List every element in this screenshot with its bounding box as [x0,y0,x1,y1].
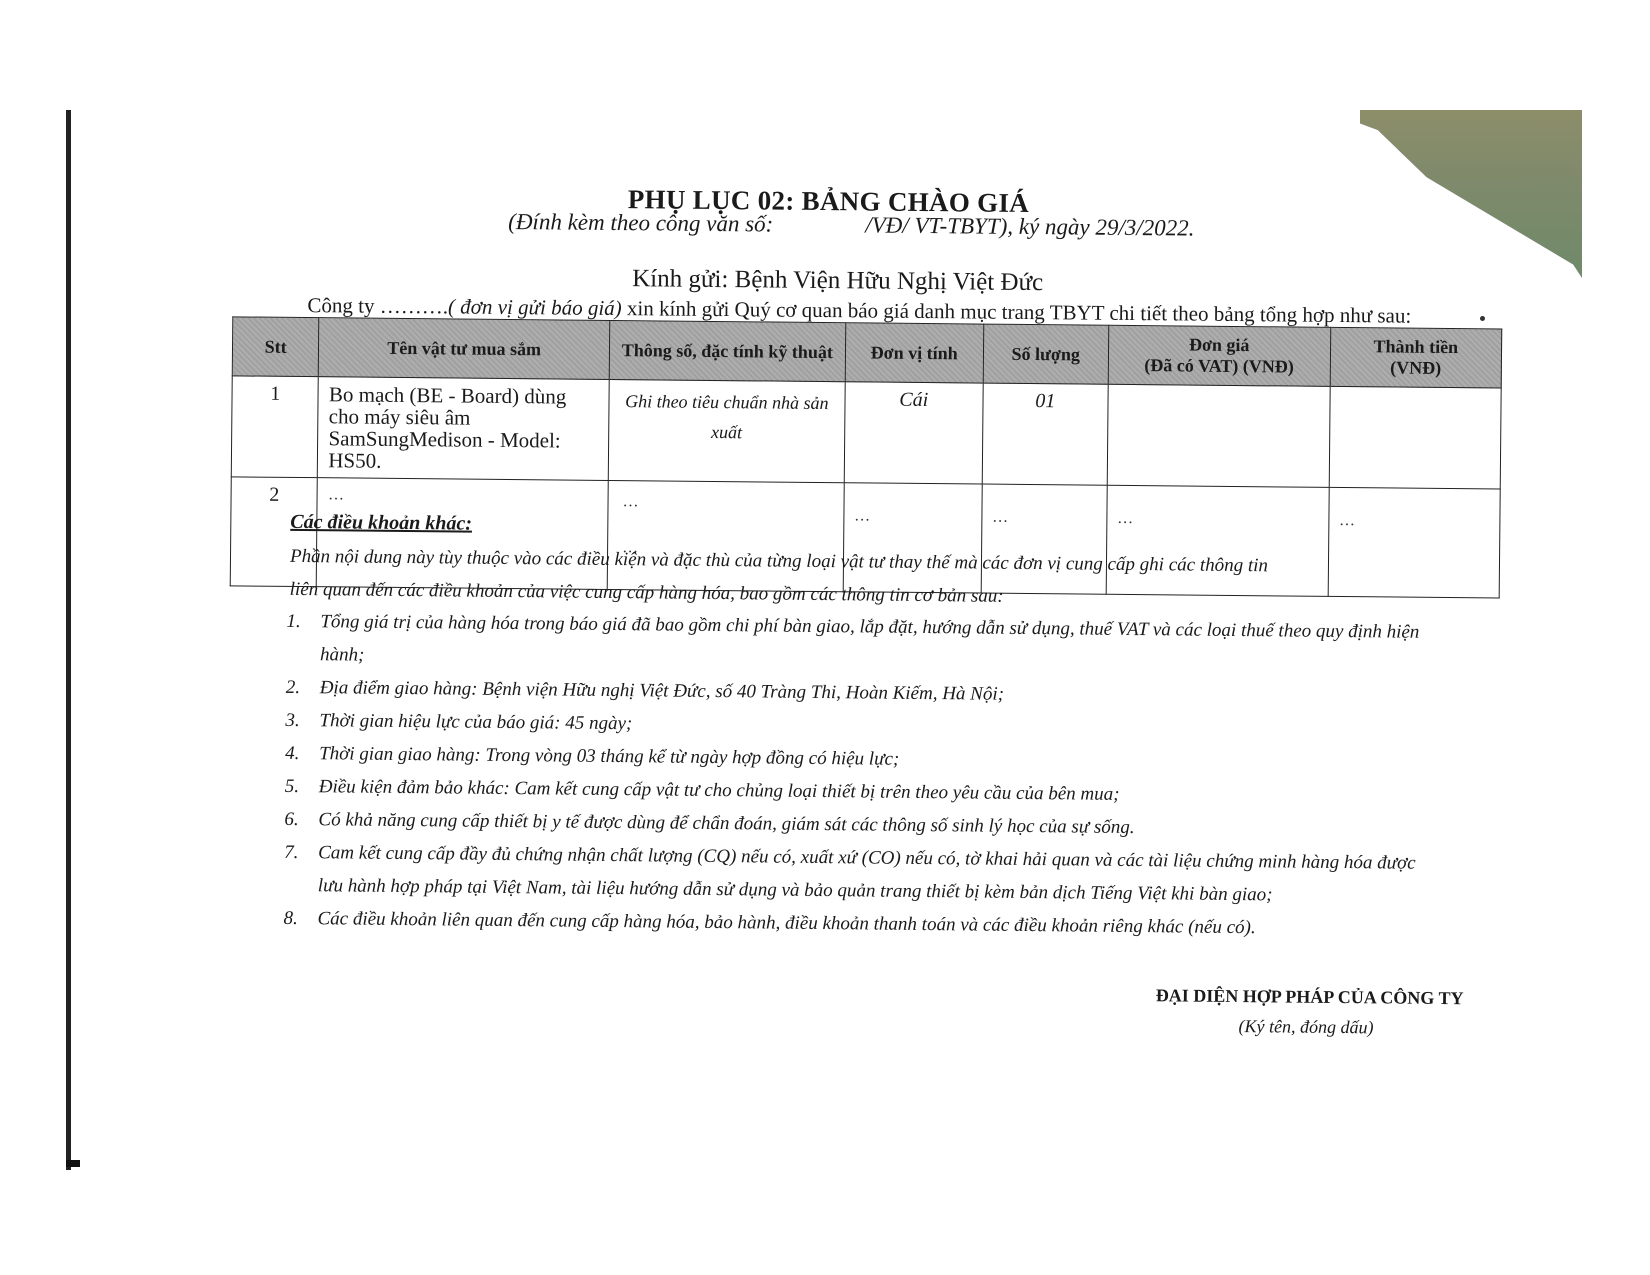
terms-item-number: 5. [285,770,300,803]
scanned-page: PHỤ LỤC 02: BẢNG CHÀO GIÁ (Đính kèm theo… [0,0,1650,1275]
header-unit: Đơn vị tính [845,323,984,383]
cell-unit-price [1107,384,1330,487]
terms-item-number: 4. [285,737,300,770]
terms-item-text: Tổng giá trị của hàng hóa trong báo giá … [320,611,1419,665]
terms-intro: Phần nội dung này tùy thuộc vào các điều… [290,540,1291,616]
cell-total: … [1328,487,1500,598]
table-row: 1 Bo mạch (BE - Board) dùng cho máy siêu… [231,376,1501,489]
spec-line: … [618,487,833,519]
header-quantity: Số lượng [983,324,1109,384]
subtitle-prefix: (Đính kèm theo công văn số: [508,209,773,237]
intro-company: Công ty ………. [307,293,448,318]
terms-item-text: Các điều khoản liên quan đến cung cấp hà… [317,908,1255,938]
terms-item-text: Cam kết cung cấp đầy đủ chứng nhận chất … [318,842,1416,905]
cell-item-name: Bo mạch (BE - Board) dùng cho máy siêu â… [318,377,610,481]
signature-note: (Ký tên, đóng dấu) [1238,1016,1373,1038]
cell-spec: Ghi theo tiêu chuẩn nhà sản xuất [608,379,845,482]
header-stt: Stt [232,317,319,377]
terms-item-number: 6. [284,803,299,836]
header-spec: Thông số, đặc tính kỹ thuật [609,320,845,381]
terms-item-number: 3. [285,704,300,737]
subtitle-reference: /VĐ/ VT-TBYT), ký ngày 29/3/2022. [865,212,1194,240]
cell-total [1329,386,1501,489]
terms-item: 1.Tổng giá trị của hàng hóa trong báo gi… [286,605,1427,682]
header-unit-price: Đơn giá (Đã có VAT) (VNĐ) [1108,325,1330,386]
cell-quantity: 01 [982,383,1108,485]
document-subtitle: (Đính kèm theo công văn số:/VĐ/ VT-TBYT)… [508,209,1195,242]
terms-item-text: Địa điểm giao hàng: Bệnh viện Hữu nghị V… [320,677,1004,705]
terms-item-text: Thời gian hiệu lực của báo giá: 45 ngày; [319,710,632,734]
header-total: Thành tiền (VNĐ) [1330,327,1502,388]
terms-item-number: 1. [286,605,301,638]
header-item-name: Tên vật tư mua sắm [319,318,610,380]
terms-item-text: Thời gian giao hàng: Trong vòng 03 tháng… [319,743,899,770]
terms-item-number: 2. [286,671,301,704]
terms-list: 1.Tổng giá trị của hàng hóa trong báo gi… [283,605,1426,946]
signature-title: ĐẠI DIỆN HỢP PHÁP CỦA CÔNG TY [1156,985,1464,1009]
greeting: Kính gửi: Bệnh Viện Hữu Nghị Việt Đức [3,259,1650,303]
terms-item-number: 8. [283,902,298,935]
terms-item: 7.Cam kết cung cấp đầy đủ chứng nhận chấ… [284,836,1425,913]
intro-placeholder: ( đơn vị gửi báo giá) [448,294,622,320]
terms-item-text: Có khả năng cung cấp thiết bị y tế được … [318,809,1134,838]
terms-heading: Các điều khoản khác: [290,511,472,536]
cell-stt: 1 [231,376,318,478]
terms-item-number: 7. [284,836,299,869]
cell-unit: Cái [844,382,983,484]
terms-item-text: Điều kiện đảm bảo khác: Cam kết cung cấp… [319,776,1120,805]
